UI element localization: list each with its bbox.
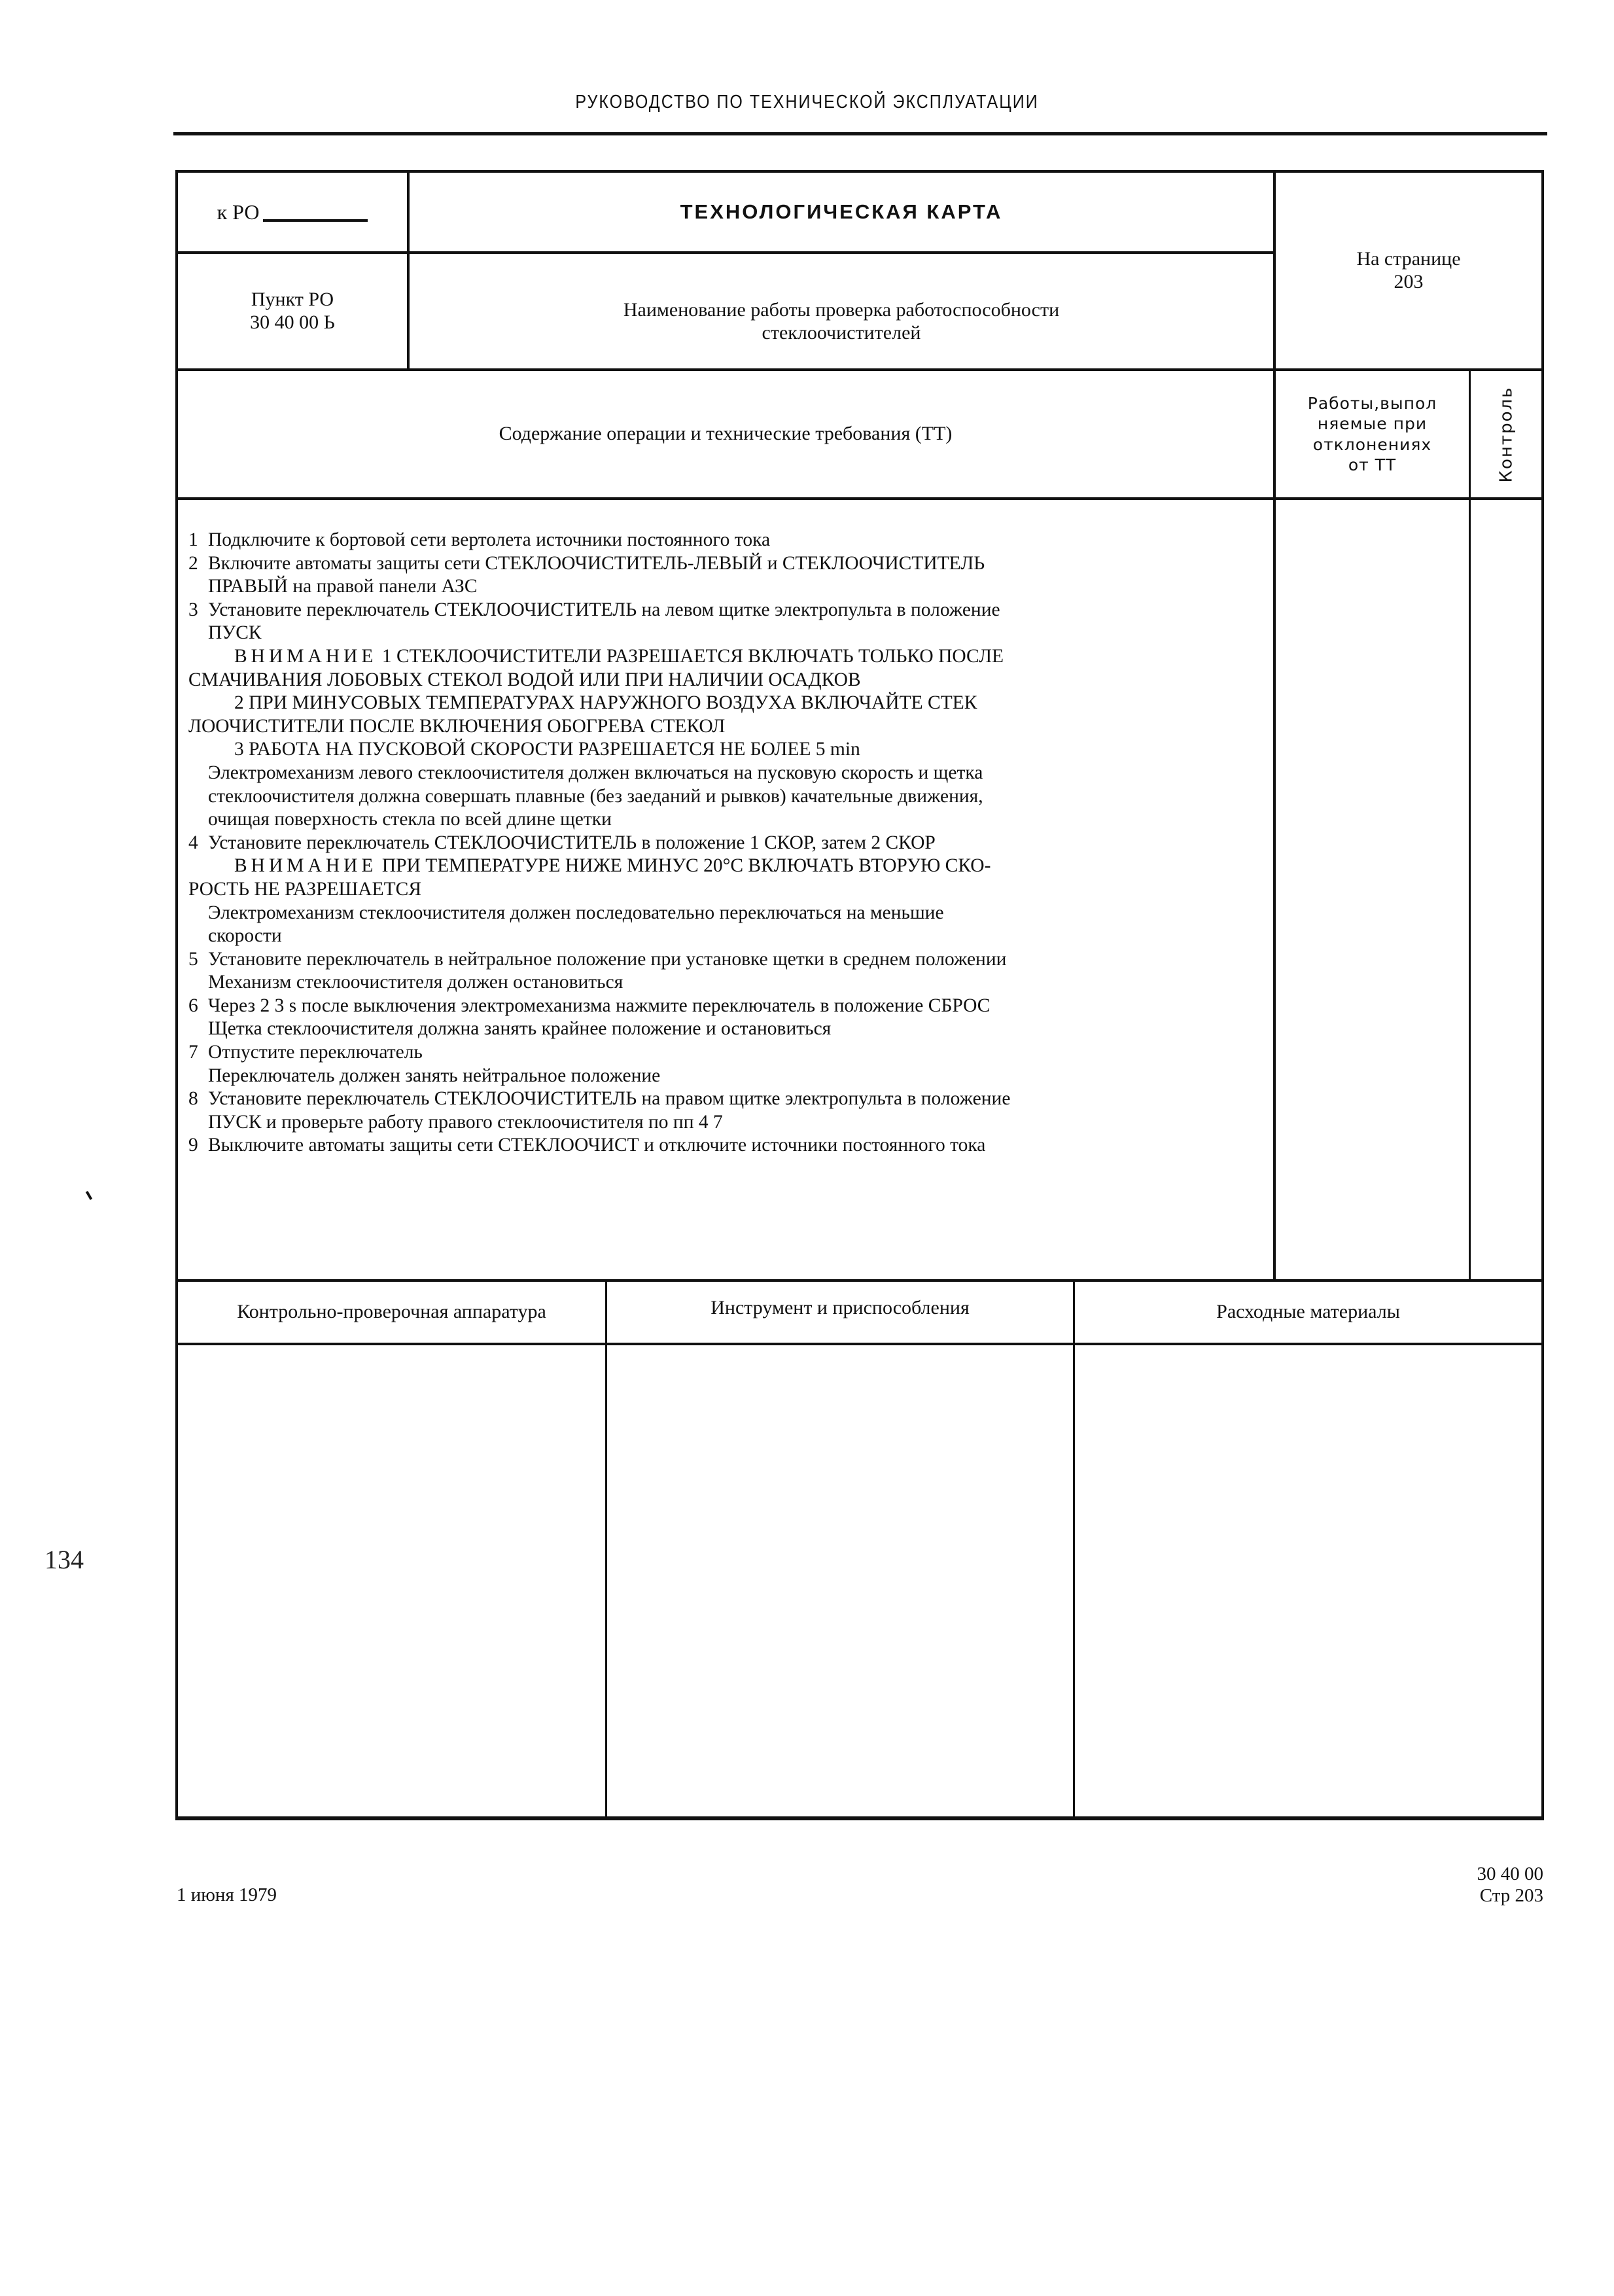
check-text: Электромеханизм стеклоочистителя должен … — [188, 902, 1265, 925]
item-value: 30 40 00 Ь — [250, 311, 335, 334]
running-head: РУКОВОДСТВО ПО ТЕХНИЧЕСКОЙ ЭКСПЛУАТАЦИИ — [0, 92, 1614, 113]
margin-tick — [86, 1191, 92, 1200]
check-text: Механизм стеклоочистителя должен останов… — [188, 971, 1265, 995]
step-text-cont: ПУСК — [188, 622, 1265, 645]
deviations-line: от ТТ — [1348, 455, 1396, 475]
check-text: очищая поверхность стекла по всей длине … — [188, 808, 1265, 832]
warning-1-item-3: 3 РАБОТА НА ПУСКОВОЙ СКОРОСТИ РАЗРЕШАЕТС… — [188, 738, 1265, 762]
step-number: 4 — [188, 832, 208, 855]
step-text: Отпустите переключатель — [208, 1042, 423, 1063]
step-text-cont: ПРАВЫЙ на правой панели АЗС — [188, 575, 1265, 599]
deviations-line: няемые при — [1318, 414, 1427, 434]
warning-label: ВНИМАНИЕ — [234, 855, 377, 876]
warning-1-item-1: ВНИМАНИЕ 1 СТЕКЛООЧИСТИТЕЛИ РАЗРЕШАЕТСЯ … — [188, 645, 1265, 669]
item-cell: Пункт РО 30 40 00 Ь — [178, 254, 407, 368]
work-name-line1: Наименование работы проверка работоспосо… — [623, 299, 1059, 322]
warning-text: 1 СТЕКЛООЧИСТИТЕЛИ РАЗРЕШАЕТСЯ ВКЛЮЧАТЬ … — [382, 646, 1004, 667]
step-4: 4Установите переключатель СТЕКЛООЧИСТИТЕ… — [188, 832, 1265, 855]
step-1: 1Подключите к бортовой сети вертолета ис… — [188, 529, 1265, 552]
step-text: Установите переключатель СТЕКЛООЧИСТИТЕЛ… — [208, 832, 936, 853]
step-9: 9Выключите автоматы защиты сети СТЕКЛООЧ… — [188, 1134, 1265, 1157]
content-column-header: Содержание операции и технические требов… — [178, 371, 1273, 497]
ref-cell: к РО — [178, 173, 407, 251]
step-6: 6Через 2 3 s после выключения электромех… — [188, 995, 1265, 1018]
step-number: 3 — [188, 599, 208, 622]
card-title: ТЕХНОЛОГИЧЕСКАЯ КАРТА — [410, 173, 1273, 251]
warning-1-item-2: 2 ПРИ МИНУСОВЫХ ТЕМПЕРАТУРАХ НАРУЖНОГО В… — [188, 692, 1265, 715]
step-text: Через 2 3 s после выключения электромеха… — [208, 995, 991, 1016]
work-name-line2: стеклоочистителей — [762, 322, 921, 345]
control-column-header: Контроль — [1471, 371, 1541, 497]
consumables-header: Расходные материалы — [1075, 1282, 1541, 1343]
step-number: 7 — [188, 1041, 208, 1065]
check-text: Щетка стеклоочистителя должна занять кра… — [188, 1017, 1265, 1041]
ref-blank-field — [263, 202, 368, 222]
step-number: 1 — [188, 529, 208, 552]
control-label: Контроль — [1496, 386, 1516, 482]
check-text: стеклоочистителя должна совершать плавны… — [188, 785, 1265, 809]
equipment-header: Контрольно-проверочная аппаратура — [178, 1282, 605, 1343]
warning-text: ПРИ ТЕМПЕРАТУРЕ НИЖЕ МИНУС 20°С ВКЛЮЧАТЬ… — [382, 855, 991, 876]
check-text: Переключатель должен занять нейтральное … — [188, 1065, 1265, 1088]
step-number: 2 — [188, 552, 208, 576]
step-number: 5 — [188, 948, 208, 972]
ref-label: к РО — [217, 200, 260, 224]
step-2: 2Включите автоматы защиты сети СТЕКЛООЧИ… — [188, 552, 1265, 576]
warning-text-cont: РОСТЬ НЕ РАЗРЕШАЕТСЯ — [188, 878, 1265, 902]
warning-text-cont: СМАЧИВАНИЯ ЛОБОВЫХ СТЕКОЛ ВОДОЙ ИЛИ ПРИ … — [188, 669, 1265, 692]
page-cell: На странице 203 — [1276, 173, 1541, 368]
step-text: Включите автоматы защиты сети СТЕКЛООЧИС… — [208, 553, 985, 574]
step-text: Установите переключатель СТЕКЛООЧИСТИТЕЛ… — [208, 1088, 1010, 1109]
step-text: Установите переключатель в нейтральное п… — [208, 949, 1006, 970]
step-text: Выключите автоматы защиты сети СТЕКЛООЧИ… — [208, 1135, 985, 1156]
deviations-line: отклонениях — [1313, 434, 1431, 455]
page-label: На странице — [1356, 248, 1460, 271]
step-3: 3Установите переключатель СТЕКЛООЧИСТИТЕ… — [188, 599, 1265, 622]
step-7: 7Отпустите переключатель — [188, 1041, 1265, 1065]
item-label: Пункт РО — [251, 289, 334, 311]
operation-content: 1Подключите к бортовой сети вертолета ис… — [188, 529, 1265, 1157]
equipment-cell — [178, 1345, 605, 1816]
step-8: 8Установите переключатель СТЕКЛООЧИСТИТЕ… — [188, 1087, 1265, 1111]
step-text: Установите переключатель СТЕКЛООЧИСТИТЕЛ… — [208, 599, 1000, 620]
check-text: Электромеханизм левого стеклоочистителя … — [188, 762, 1265, 785]
tools-cell — [607, 1345, 1073, 1816]
work-name-cell: Наименование работы проверка работоспосо… — [410, 275, 1273, 368]
margin-note: 134 — [44, 1544, 84, 1575]
header-rule — [173, 132, 1547, 135]
step-5: 5Установите переключатель в нейтральное … — [188, 948, 1265, 972]
step-number: 6 — [188, 995, 208, 1018]
footer-code: 30 40 00 Стр 203 — [1477, 1863, 1544, 1907]
section-code: 30 40 00 — [1477, 1863, 1544, 1885]
warning-label: ВНИМАНИЕ — [234, 646, 377, 667]
warning-text-cont: ЛООЧИСТИТЕЛИ ПОСЛЕ ВКЛЮЧЕНИЯ ОБОГРЕВА СТ… — [188, 715, 1265, 739]
step-number: 8 — [188, 1087, 208, 1111]
page-ref: Стр 203 — [1477, 1885, 1544, 1907]
footer-date: 1 июня 1979 — [177, 1884, 277, 1906]
check-text: скорости — [188, 925, 1265, 948]
step-number: 9 — [188, 1134, 208, 1157]
deviations-line: Работы,выпол — [1308, 393, 1437, 414]
warning-2: ВНИМАНИЕ ПРИ ТЕМПЕРАТУРЕ НИЖЕ МИНУС 20°С… — [188, 855, 1265, 878]
step-text: Подключите к бортовой сети вертолета ист… — [208, 529, 770, 550]
deviations-column-header: Работы,выпол няемые при отклонениях от Т… — [1276, 371, 1469, 497]
tools-header: Инструмент и приспособления — [607, 1282, 1073, 1334]
step-text-cont: ПУСК и проверьте работу правого стеклооч… — [188, 1111, 1265, 1135]
consumables-cell — [1075, 1345, 1541, 1816]
page-number: 203 — [1394, 271, 1424, 294]
